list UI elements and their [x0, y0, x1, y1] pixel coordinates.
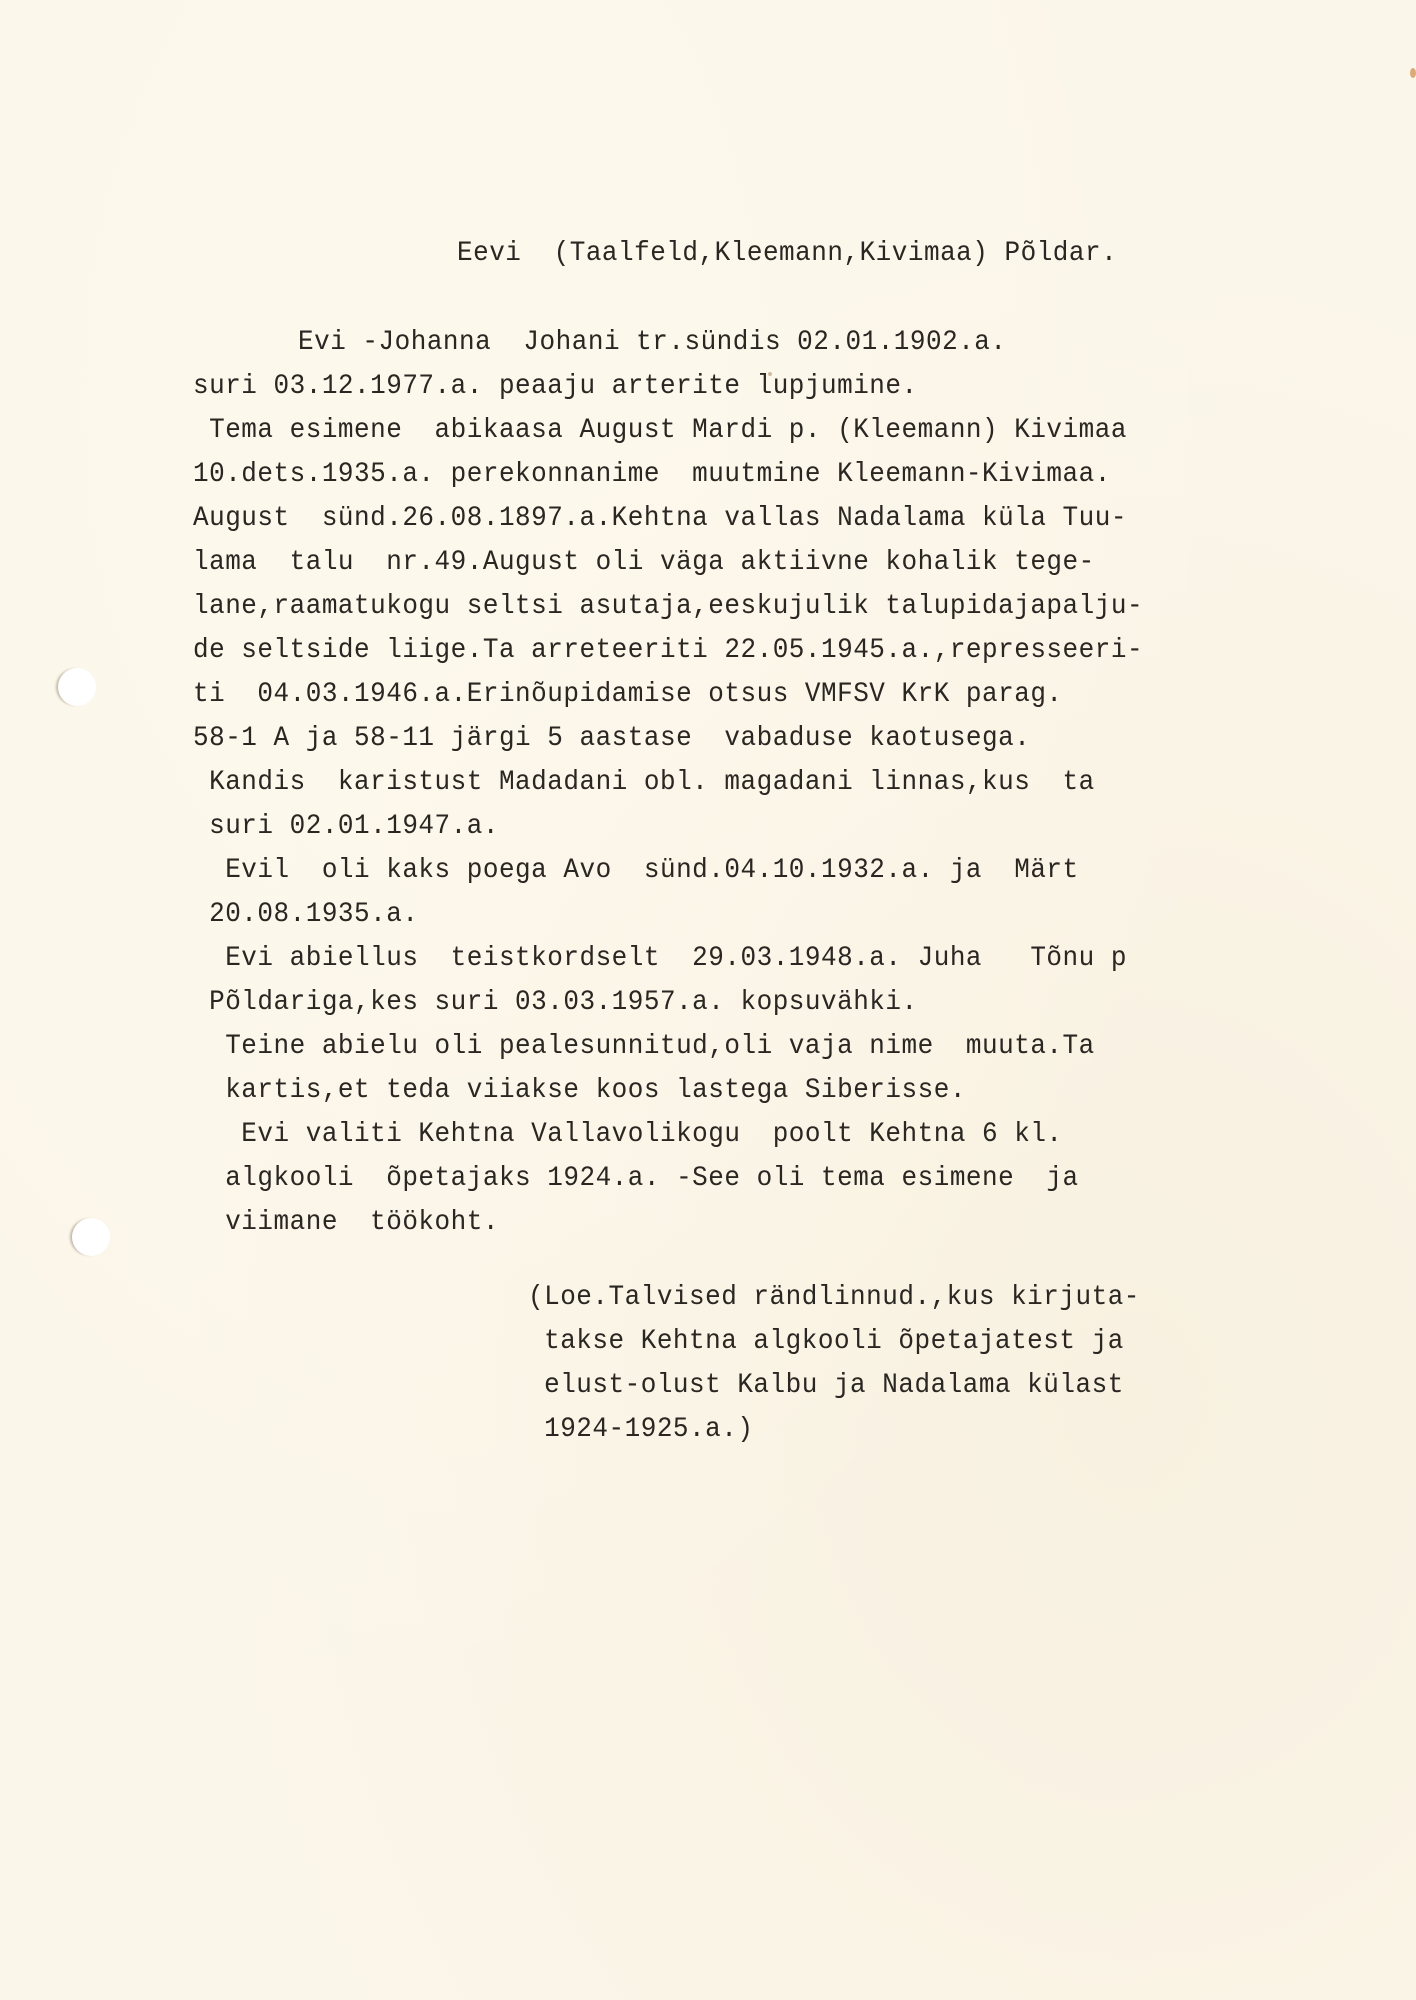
body-line: lama talu nr.49.August oli väga aktiivne…: [193, 545, 1095, 577]
body-line: suri 02.01.1947.a.: [193, 809, 499, 841]
body-line: 10.dets.1935.a. perekonnanime muutmine K…: [193, 457, 1111, 489]
note-line: takse Kehtna algkooli õpetajatest ja: [528, 1324, 1124, 1356]
body-line: de seltside liige.Ta arreteeriti 22.05.1…: [193, 633, 1143, 665]
body-line: kartis,et teda viiakse koos lastega Sibe…: [193, 1073, 966, 1105]
body-line: lane,raamatukogu seltsi asutaja,eeskujul…: [193, 589, 1143, 621]
body-line: Evil oli kaks poega Avo sünd.04.10.1932.…: [193, 853, 1079, 885]
body-line: 58-1 A ja 58-11 järgi 5 aastase vabaduse…: [193, 721, 1030, 753]
note-line: 1924-1925.a.): [528, 1412, 753, 1444]
punch-hole-bottom: [72, 1218, 110, 1256]
document-title: Eevi (Taalfeld,Kleemann,Kivimaa) Põldar.: [457, 236, 1117, 268]
body-line: algkooli õpetajaks 1924.a. -See oli tema…: [193, 1161, 1079, 1193]
body-line: Teine abielu oli pealesunnitud,oli vaja …: [193, 1029, 1095, 1061]
paper-speck: [1410, 68, 1416, 78]
punch-hole-top: [58, 668, 96, 706]
body-line: Evi abiellus teistkordselt 29.03.1948.a.…: [193, 941, 1127, 973]
note-line: (Loe.Talvised rändlinnud.,kus kirjuta-: [528, 1280, 1140, 1312]
paper-page: Eevi (Taalfeld,Kleemann,Kivimaa) Põldar.…: [0, 0, 1416, 2000]
body-line: suri 03.12.1977.a. peaaju arterite lupju…: [193, 369, 918, 401]
body-line: Evi -Johanna Johani tr.sündis 02.01.1902…: [298, 325, 1007, 357]
body-line: ti 04.03.1946.a.Erinõupidamise otsus VMF…: [193, 677, 1063, 709]
body-line: Evi valiti Kehtna Vallavolikogu poolt Ke…: [193, 1117, 1063, 1149]
body-line: Kandis karistust Madadani obl. magadani …: [193, 765, 1095, 797]
body-line: viimane töökoht.: [193, 1205, 499, 1237]
body-line: August sünd.26.08.1897.a.Kehtna vallas N…: [193, 501, 1127, 533]
body-line: Põldariga,kes suri 03.03.1957.a. kopsuvä…: [193, 985, 918, 1017]
note-line: elust-olust Kalbu ja Nadalama külast: [528, 1368, 1124, 1400]
body-line: 20.08.1935.a.: [193, 897, 418, 929]
body-line: Tema esimene abikaasa August Mardi p. (K…: [193, 413, 1127, 445]
